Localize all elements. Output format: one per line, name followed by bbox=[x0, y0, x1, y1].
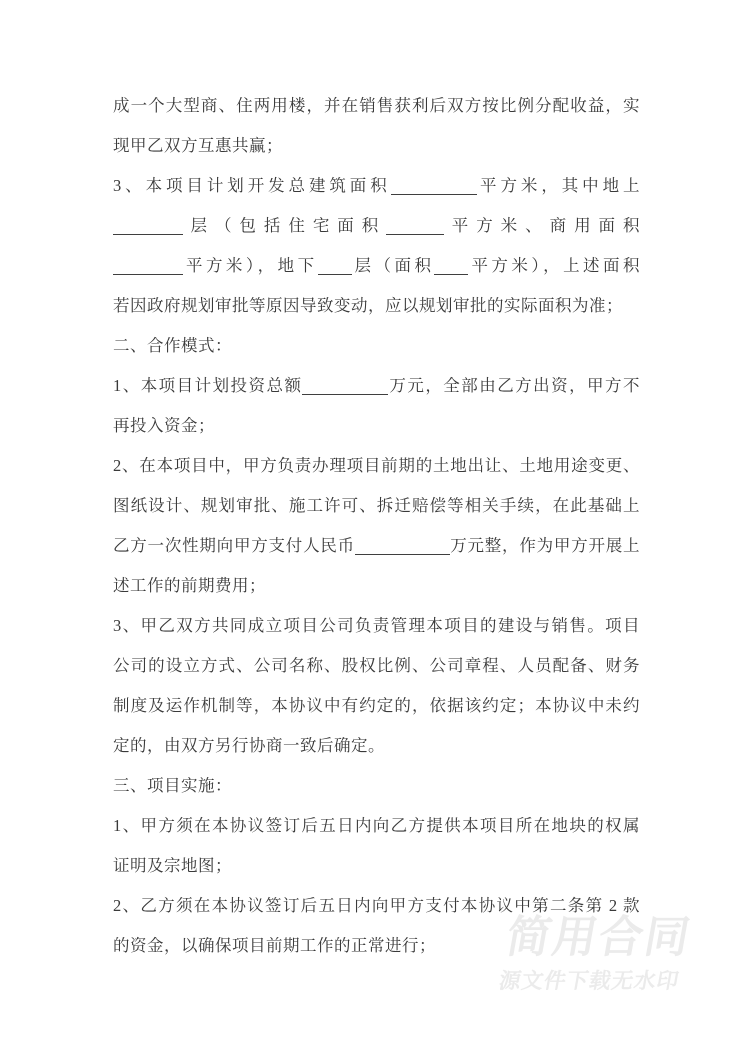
paragraph: 三、项目实施： bbox=[113, 766, 640, 806]
text-segment: 现甲乙双方互惠共赢； bbox=[113, 136, 283, 155]
text-segment: 1、本项目计划投资总额 bbox=[113, 376, 302, 395]
blank-underline bbox=[355, 538, 450, 555]
paragraph: 二、合作模式： bbox=[113, 326, 640, 366]
blank-underline bbox=[434, 258, 468, 275]
text-line: 成一个大型商、住两用楼，并在销售获利后双方按比例分配收益，实 bbox=[113, 86, 640, 126]
text-segment: 万元整，作为甲方开展上 bbox=[450, 536, 640, 555]
text-segment: 的资金，以确保项目前期工作的正常进行； bbox=[113, 936, 436, 955]
text-line: 图纸设计、规划审批、施工许可、拆迁赔偿等相关手续，在此基础上 bbox=[113, 486, 640, 526]
text-line: 现甲乙双方互惠共赢； bbox=[113, 126, 640, 166]
text-line: 2、在本项目中，甲方负责办理项目前期的土地出让、土地用途变更、 bbox=[113, 446, 640, 486]
paragraph: 3、本项目计划开发总建筑面积平方米，其中地上层（包括住宅面积平方米、商用面积平方… bbox=[113, 166, 640, 326]
document-page: 成一个大型商、住两用楼，并在销售获利后双方按比例分配收益，实现甲乙双方互惠共赢；… bbox=[0, 0, 742, 1049]
text-segment: 2、在本项目中，甲方负责办理项目前期的土地出让、土地用途变更、 bbox=[113, 456, 640, 475]
text-segment: 制度及运作机制等，本协议中有约定的，依据该约定；本协议中未约 bbox=[113, 696, 640, 715]
blank-underline bbox=[318, 258, 352, 275]
text-line: 定的，由双方另行协商一致后确定。 bbox=[113, 726, 640, 766]
blank-underline bbox=[302, 378, 388, 395]
text-line: 1、本项目计划投资总额万元，全部由乙方出资，甲方不 bbox=[113, 366, 640, 406]
text-line: 平方米），地下层（面积平方米），上述面积 bbox=[113, 246, 640, 286]
document-content: 成一个大型商、住两用楼，并在销售获利后双方按比例分配收益，实现甲乙双方互惠共赢；… bbox=[113, 86, 640, 966]
text-line: 二、合作模式： bbox=[113, 326, 640, 366]
text-segment: 层（包括住宅面积 bbox=[183, 216, 386, 235]
text-segment: 定的，由双方另行协商一致后确定。 bbox=[113, 736, 385, 755]
blank-underline bbox=[391, 178, 477, 195]
text-segment: 公司的设立方式、公司名称、股权比例、公司章程、人员配备、财务 bbox=[113, 656, 640, 675]
text-segment: 成一个大型商、住两用楼，并在销售获利后双方按比例分配收益，实 bbox=[113, 96, 640, 115]
text-segment: 证明及宗地图； bbox=[113, 856, 232, 875]
text-segment: 层（面积 bbox=[352, 256, 435, 275]
text-segment: 平方米），上述面积 bbox=[468, 256, 640, 275]
blank-underline bbox=[113, 258, 183, 275]
text-segment: 平方米，其中地上 bbox=[477, 176, 640, 195]
text-segment: 二、合作模式： bbox=[113, 336, 232, 355]
text-segment: 3、本项目计划开发总建筑面积 bbox=[113, 176, 391, 195]
text-segment: 三、项目实施： bbox=[113, 776, 232, 795]
text-line: 制度及运作机制等，本协议中有约定的，依据该约定；本协议中未约 bbox=[113, 686, 640, 726]
text-segment: 平方米、商用面积 bbox=[444, 216, 640, 235]
text-segment: 乙方一次性期向甲方支付人民币 bbox=[113, 536, 355, 555]
text-line: 再投入资金； bbox=[113, 406, 640, 446]
text-segment: 1、甲方须在本协议签订后五日内向乙方提供本项目所在地块的权属 bbox=[113, 816, 640, 835]
text-segment: 万元，全部由乙方出资，甲方不 bbox=[388, 376, 640, 395]
text-line: 三、项目实施： bbox=[113, 766, 640, 806]
blank-underline bbox=[386, 218, 444, 235]
paragraph: 1、甲方须在本协议签订后五日内向乙方提供本项目所在地块的权属证明及宗地图； bbox=[113, 806, 640, 886]
paragraph: 2、在本项目中，甲方负责办理项目前期的土地出让、土地用途变更、图纸设计、规划审批… bbox=[113, 446, 640, 606]
text-segment: 述工作的前期费用； bbox=[113, 576, 266, 595]
text-line: 3、本项目计划开发总建筑面积平方米，其中地上 bbox=[113, 166, 640, 206]
watermark-title: 简用合同 bbox=[503, 914, 711, 962]
paragraph: 成一个大型商、住两用楼，并在销售获利后双方按比例分配收益，实现甲乙双方互惠共赢； bbox=[113, 86, 640, 166]
text-segment: 平方米），地下 bbox=[183, 256, 318, 275]
paragraph: 1、本项目计划投资总额万元，全部由乙方出资，甲方不再投入资金； bbox=[113, 366, 640, 446]
text-line: 述工作的前期费用； bbox=[113, 566, 640, 606]
text-line: 3、甲乙双方共同成立项目公司负责管理本项目的建设与销售。项目 bbox=[113, 606, 640, 646]
text-segment: 图纸设计、规划审批、施工许可、拆迁赔偿等相关手续，在此基础上 bbox=[113, 496, 640, 515]
watermark: 简用合同 源文件下载无水印 bbox=[497, 914, 711, 994]
blank-underline bbox=[113, 218, 183, 235]
text-line: 公司的设立方式、公司名称、股权比例、公司章程、人员配备、财务 bbox=[113, 646, 640, 686]
paragraph: 3、甲乙双方共同成立项目公司负责管理本项目的建设与销售。项目公司的设立方式、公司… bbox=[113, 606, 640, 766]
text-segment: 再投入资金； bbox=[113, 416, 215, 435]
text-line: 证明及宗地图； bbox=[113, 846, 640, 886]
text-line: 乙方一次性期向甲方支付人民币万元整，作为甲方开展上 bbox=[113, 526, 640, 566]
text-line: 若因政府规划审批等原因导致变动，应以规划审批的实际面积为准； bbox=[113, 286, 640, 326]
text-segment: 若因政府规划审批等原因导致变动，应以规划审批的实际面积为准； bbox=[113, 296, 623, 315]
text-line: 1、甲方须在本协议签订后五日内向乙方提供本项目所在地块的权属 bbox=[113, 806, 640, 846]
watermark-subtitle: 源文件下载无水印 bbox=[497, 968, 702, 994]
text-segment: 3、甲乙双方共同成立项目公司负责管理本项目的建设与销售。项目 bbox=[113, 616, 640, 635]
text-line: 层（包括住宅面积平方米、商用面积 bbox=[113, 206, 640, 246]
